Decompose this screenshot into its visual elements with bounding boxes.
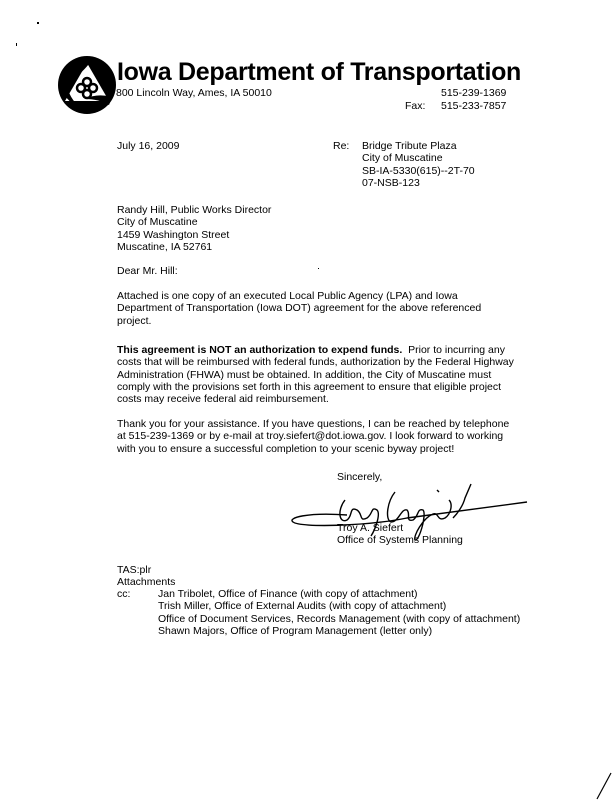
paragraph-line: comply with the provisions set forth in … (117, 381, 527, 393)
paragraph-line: costs that will be reimbursed with feder… (117, 356, 527, 368)
scan-edge-mark (595, 770, 613, 800)
paragraph-line: at 515-239-1369 or by e-mail at troy.sie… (117, 430, 527, 442)
paragraph-line: with you to ensure a successful completi… (117, 443, 527, 455)
cc-label: cc: (117, 588, 130, 600)
recipient-line: City of Muscatine (117, 216, 271, 228)
recipient-address: Randy Hill, Public Works Director City o… (117, 204, 271, 253)
paragraph-line: costs may receive federal aid reimbursem… (117, 393, 527, 405)
organization-name: Iowa Department of Transportation (117, 58, 521, 87)
scan-speck (318, 268, 319, 269)
scan-speck (16, 43, 17, 46)
signer-name: Troy A. Siefert (337, 522, 403, 534)
cc-recipient: Trish Miller, Office of External Audits … (158, 600, 520, 612)
paragraph-line: Department of Transportation (Iowa DOT) … (117, 302, 527, 314)
paragraph-line: Administration (FHWA) must be obtained. … (117, 369, 527, 381)
recipient-line: Randy Hill, Public Works Director (117, 204, 271, 216)
paragraph-line: Attached is one copy of an executed Loca… (117, 290, 527, 302)
scan-speck (37, 22, 39, 24)
paragraph-text: Prior to incurring any (402, 344, 505, 356)
reference-line: 07-NSB-123 (362, 177, 475, 189)
reference-line: Bridge Tribute Plaza (362, 140, 475, 152)
cc-recipient: Shawn Majors, Office of Program Manageme… (158, 625, 520, 637)
iowa-dot-logo-icon (57, 55, 117, 115)
cc-recipient: Office of Document Services, Records Man… (158, 613, 520, 625)
enclosure-notation: Attachments (117, 576, 175, 588)
body-paragraph-1: Attached is one copy of an executed Loca… (117, 290, 527, 327)
reference-line: SB-IA-5330(615)--2T-70 (362, 165, 475, 177)
body-paragraph-2: This agreement is NOT an authorization t… (117, 344, 527, 405)
letter-date: July 16, 2009 (117, 140, 179, 152)
body-paragraph-3: Thank you for your assistance. If you ha… (117, 418, 527, 455)
recipient-line: Muscatine, IA 52761 (117, 241, 271, 253)
fax-label: Fax: (405, 100, 425, 112)
typist-initials: TAS:plr (117, 564, 151, 576)
signer-office: Office of Systems Planning (337, 534, 463, 546)
recipient-line: 1459 Washington Street (117, 229, 271, 241)
reference-block: Bridge Tribute Plaza City of Muscatine S… (362, 140, 475, 189)
cc-list: Jan Tribolet, Office of Finance (with co… (158, 588, 520, 637)
reference-line: City of Muscatine (362, 152, 475, 164)
organization-address: 800 Lincoln Way, Ames, IA 50010 (116, 87, 272, 99)
paragraph-line: Thank you for your assistance. If you ha… (117, 418, 527, 430)
salutation: Dear Mr. Hill: (117, 265, 178, 277)
cc-recipient: Jan Tribolet, Office of Finance (with co… (158, 588, 520, 600)
organization-phone: 515-239-1369 (441, 87, 506, 99)
reference-label: Re: (333, 140, 349, 152)
paragraph-line: This agreement is NOT an authorization t… (117, 344, 527, 356)
paragraph-line: project. (117, 315, 527, 327)
organization-fax: 515-233-7857 (441, 100, 506, 112)
authorization-notice: This agreement is NOT an authorization t… (117, 344, 402, 356)
